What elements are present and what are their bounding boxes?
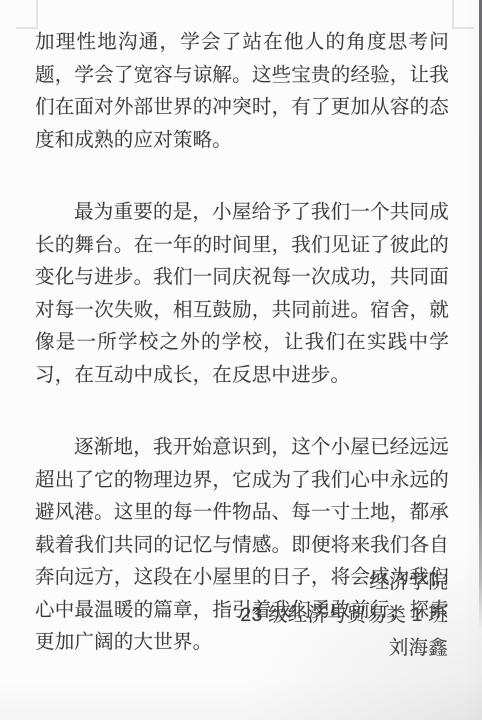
- page-corner-mark-top-right-icon: [452, 0, 474, 29]
- document-page: 加理性地沟通，学会了站在他人的角度思考问题，学会了宽容与谅解。这些宝贵的经验，让…: [0, 0, 482, 720]
- paragraph-continuation: 加理性地沟通，学会了站在他人的角度思考问题，学会了宽容与谅解。这些宝贵的经验，让…: [35, 26, 449, 156]
- signature-college: 经济学院: [240, 566, 448, 599]
- signature-block: 经济学院 23 级经济与贸易类 1 班 刘海鑫: [240, 566, 448, 665]
- page-corner-mark-top-left-icon: [16, 0, 38, 29]
- signature-class: 23 级经济与贸易类 1 班: [240, 599, 448, 632]
- paragraph-growth-stage: 最为重要的是，小屋给予了我们一个共同成长的舞台。在一年的时间里，我们见证了彼此的…: [35, 196, 449, 391]
- signature-name: 刘海鑫: [240, 632, 448, 665]
